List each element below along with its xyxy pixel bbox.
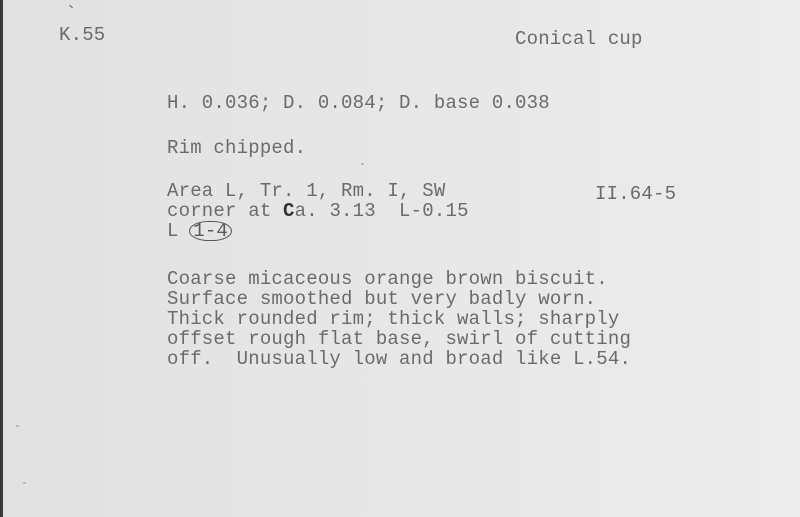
catalog-card: K.55 Conical cup H. 0.036; D. 0.084; D. … (0, 0, 800, 517)
circled-level: 1-4 (189, 221, 232, 241)
findspot-line-2-suffix: a. 3.13 L-0.15 (295, 200, 469, 222)
condition: Rim chipped. (167, 138, 306, 158)
description-line-2: Surface smoothed but very badly worn. (167, 289, 596, 309)
findspot-line-2-prefix: corner at (167, 200, 283, 222)
description-line-5: off. Unusually low and broad like L.54. (167, 349, 631, 369)
findspot-line-2: corner at Ca. 3.13 L-0.15 (167, 201, 469, 221)
description-line-4: offset rough flat base, swirl of cutting (167, 329, 631, 349)
dimensions: H. 0.036; D. 0.084; D. base 0.038 (167, 93, 550, 113)
findspot-line-3: L 1-4 (167, 221, 232, 241)
pen-mark (69, 5, 73, 8)
findspot-line-1: Area L, Tr. 1, Rm. I, SW (167, 181, 445, 201)
inventory-reference: II.64-5 (595, 184, 676, 204)
description-line-3: Thick rounded rim; thick walls; sharply (167, 309, 619, 329)
catalog-number: K.55 (59, 25, 105, 45)
findspot-line-2-c: C (283, 200, 295, 222)
description-line-1: Coarse micaceous orange brown biscuit. (167, 269, 608, 289)
findspot-line-3-prefix: L (167, 220, 190, 242)
paper-speck (361, 163, 364, 165)
paper-speck (16, 425, 19, 427)
paper-speck (23, 482, 26, 484)
object-type: Conical cup (515, 29, 643, 49)
